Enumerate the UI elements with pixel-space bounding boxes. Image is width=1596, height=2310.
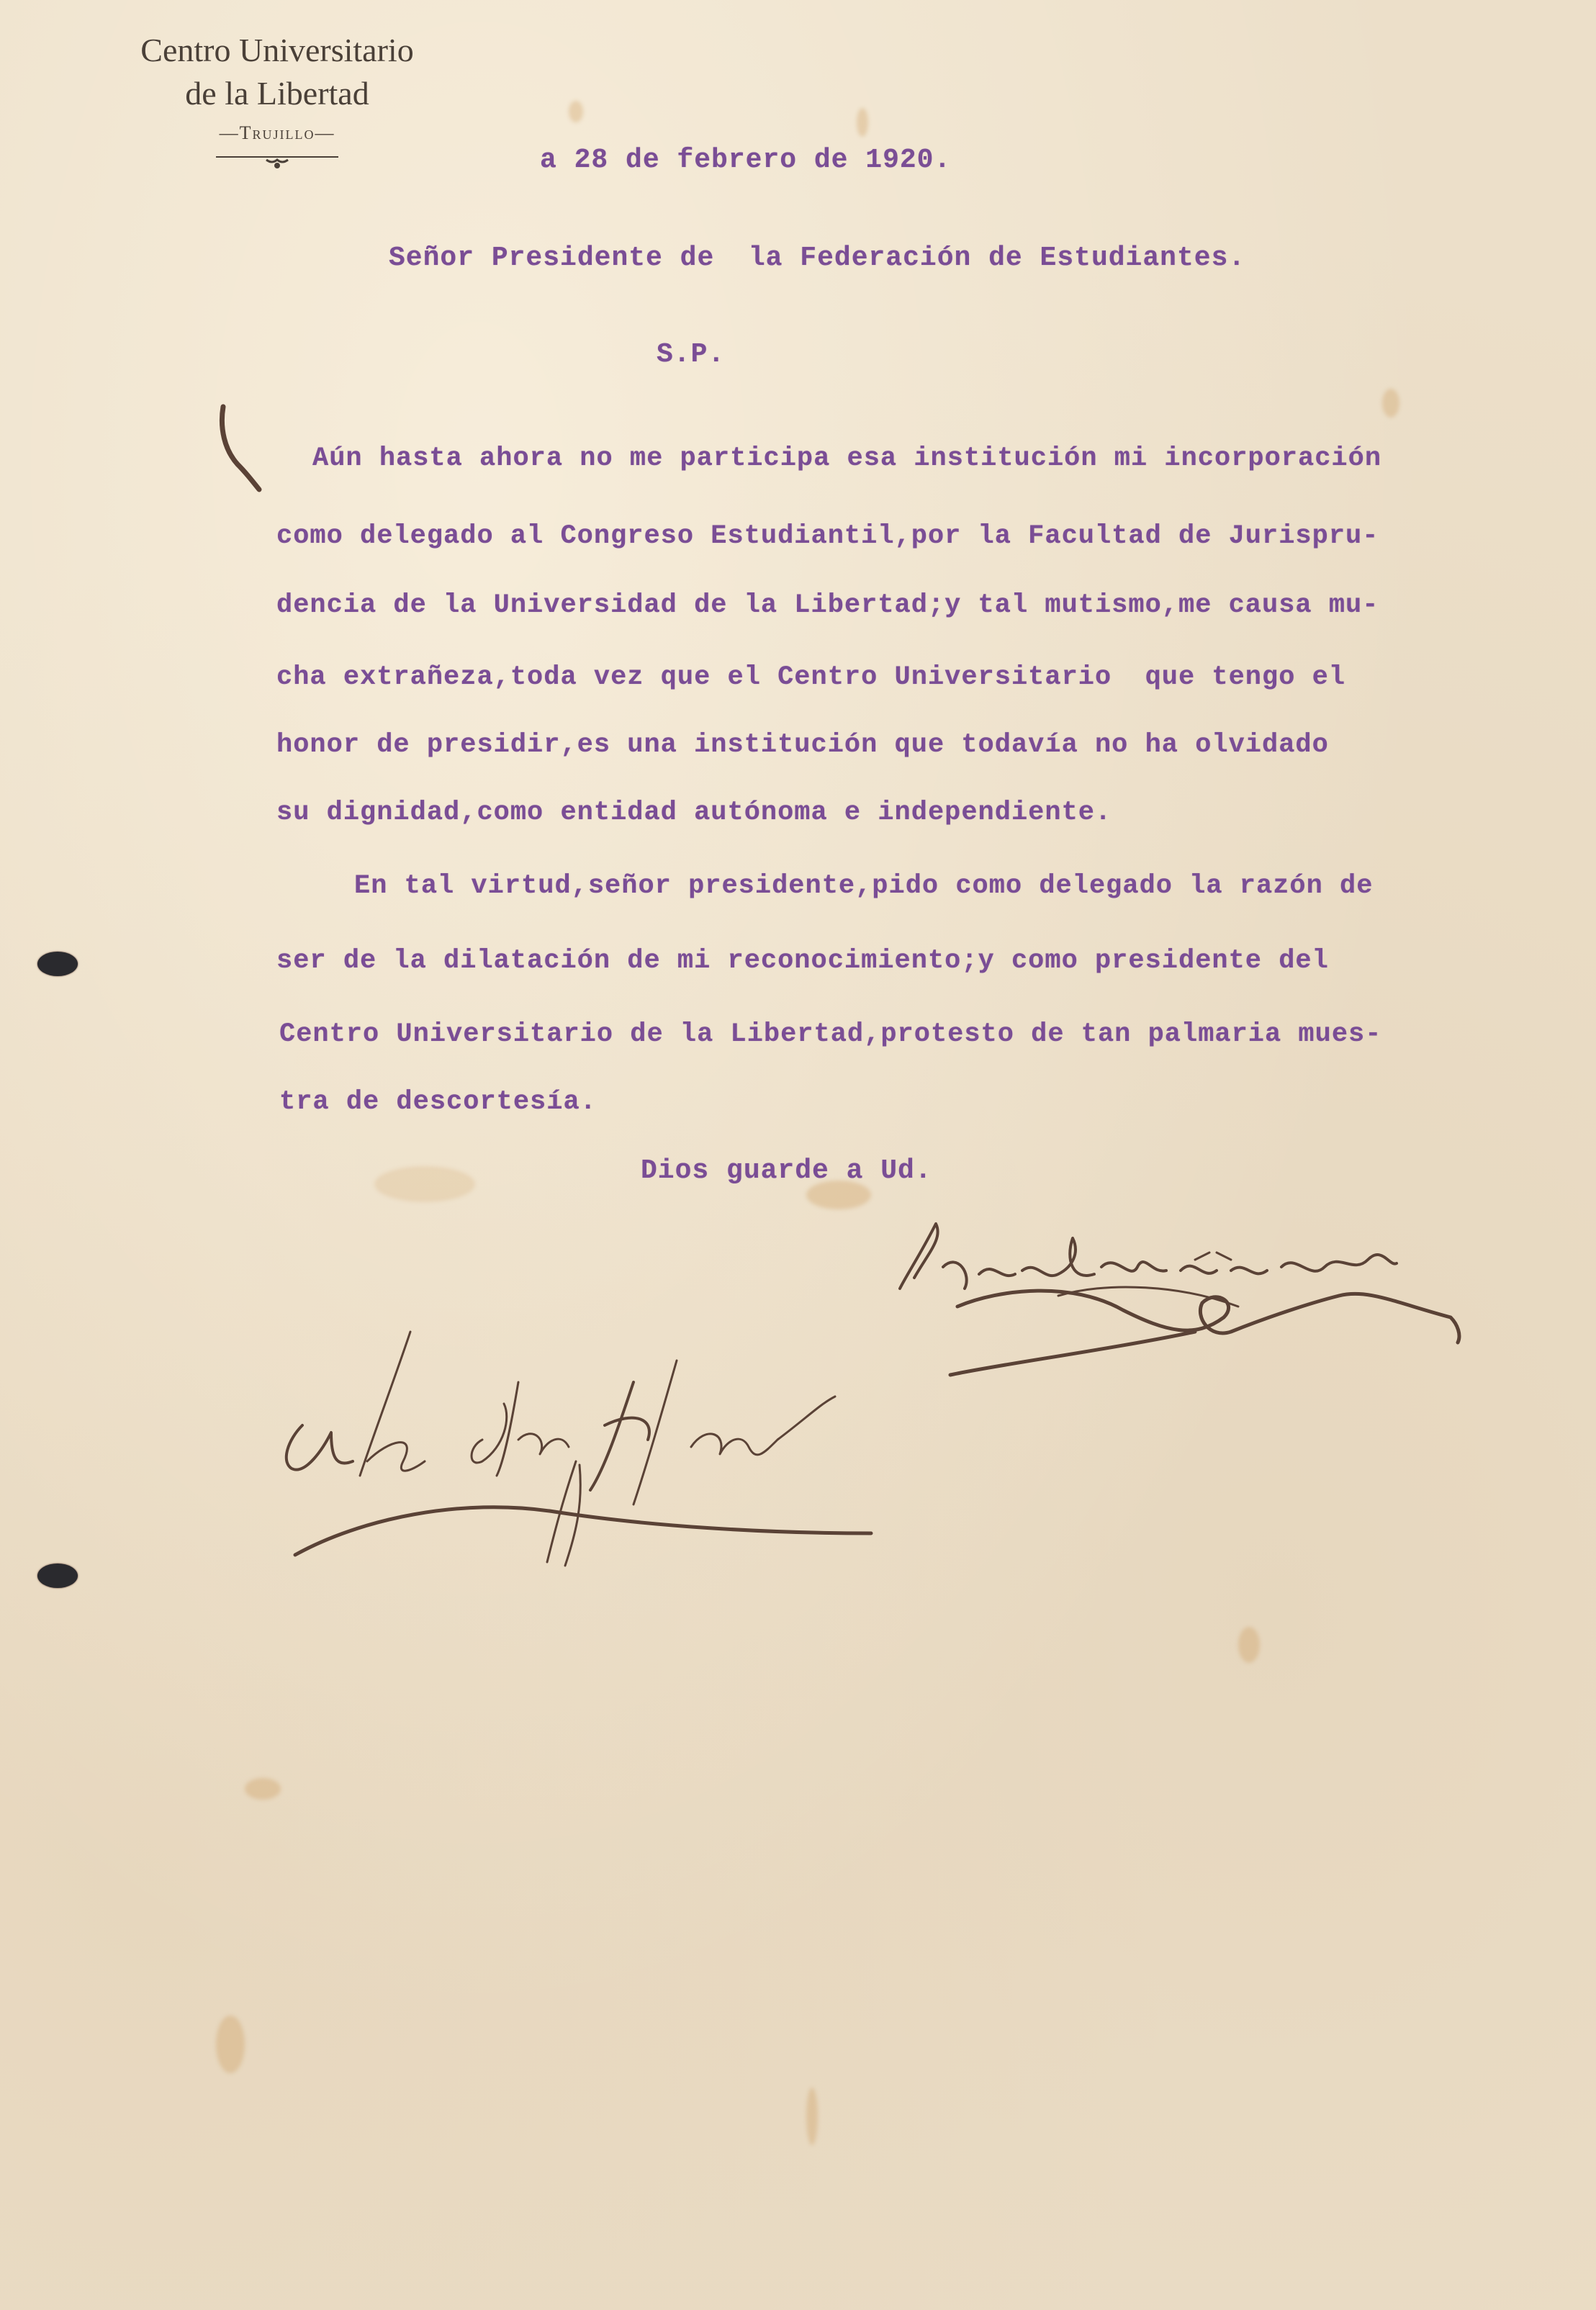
paper-stain bbox=[216, 2016, 245, 2073]
body-line: Aún hasta ahora no me participa esa inst… bbox=[312, 442, 1381, 475]
letterhead-title: Centro Universitario bbox=[94, 29, 461, 72]
paper-stain bbox=[245, 1778, 281, 1800]
paper-stain bbox=[1382, 389, 1399, 418]
body-line: honor de presidir,es una institución que… bbox=[276, 728, 1329, 762]
letter-addressee: Señor Presidente de la Federación de Est… bbox=[389, 242, 1245, 275]
paper-stain bbox=[857, 108, 868, 137]
punch-hole bbox=[37, 952, 78, 976]
body-line: ser de la dilatación de mi reconocimient… bbox=[276, 944, 1329, 978]
letterhead-city: —Trujillo— bbox=[94, 115, 461, 151]
body-line: como delegado al Congreso Estudiantil,po… bbox=[276, 520, 1379, 553]
paper-stain bbox=[374, 1166, 475, 1202]
body-line: tra de descortesía. bbox=[279, 1086, 597, 1119]
paper-stain bbox=[1238, 1627, 1260, 1663]
paper-stain bbox=[806, 2088, 818, 2145]
body-line: cha extrañeza,toda vez que el Centro Uni… bbox=[276, 661, 1345, 694]
body-line: Centro Universitario de la Libertad,prot… bbox=[279, 1018, 1381, 1051]
paper-stain bbox=[569, 101, 583, 122]
margin-mark-icon bbox=[209, 400, 274, 500]
letterhead-subtitle: de la Libertad bbox=[94, 72, 461, 115]
punch-hole bbox=[37, 1564, 78, 1588]
body-line: En tal virtud,señor presidente,pido como… bbox=[354, 870, 1373, 903]
letter-date: a 28 de febrero de 1920. bbox=[540, 144, 951, 177]
handwritten-annotation-icon bbox=[274, 1317, 1231, 1576]
fleuron-icon bbox=[216, 151, 338, 173]
letterhead: Centro Universitario de la Libertad —Tru… bbox=[94, 29, 461, 173]
letter-courtesy: S.P. bbox=[657, 338, 725, 371]
body-line: dencia de la Universidad de la Libertad;… bbox=[276, 589, 1379, 622]
letter-closing: Dios guarde a Ud. bbox=[641, 1155, 932, 1188]
body-line: su dignidad,como entidad autónoma e inde… bbox=[276, 796, 1112, 829]
